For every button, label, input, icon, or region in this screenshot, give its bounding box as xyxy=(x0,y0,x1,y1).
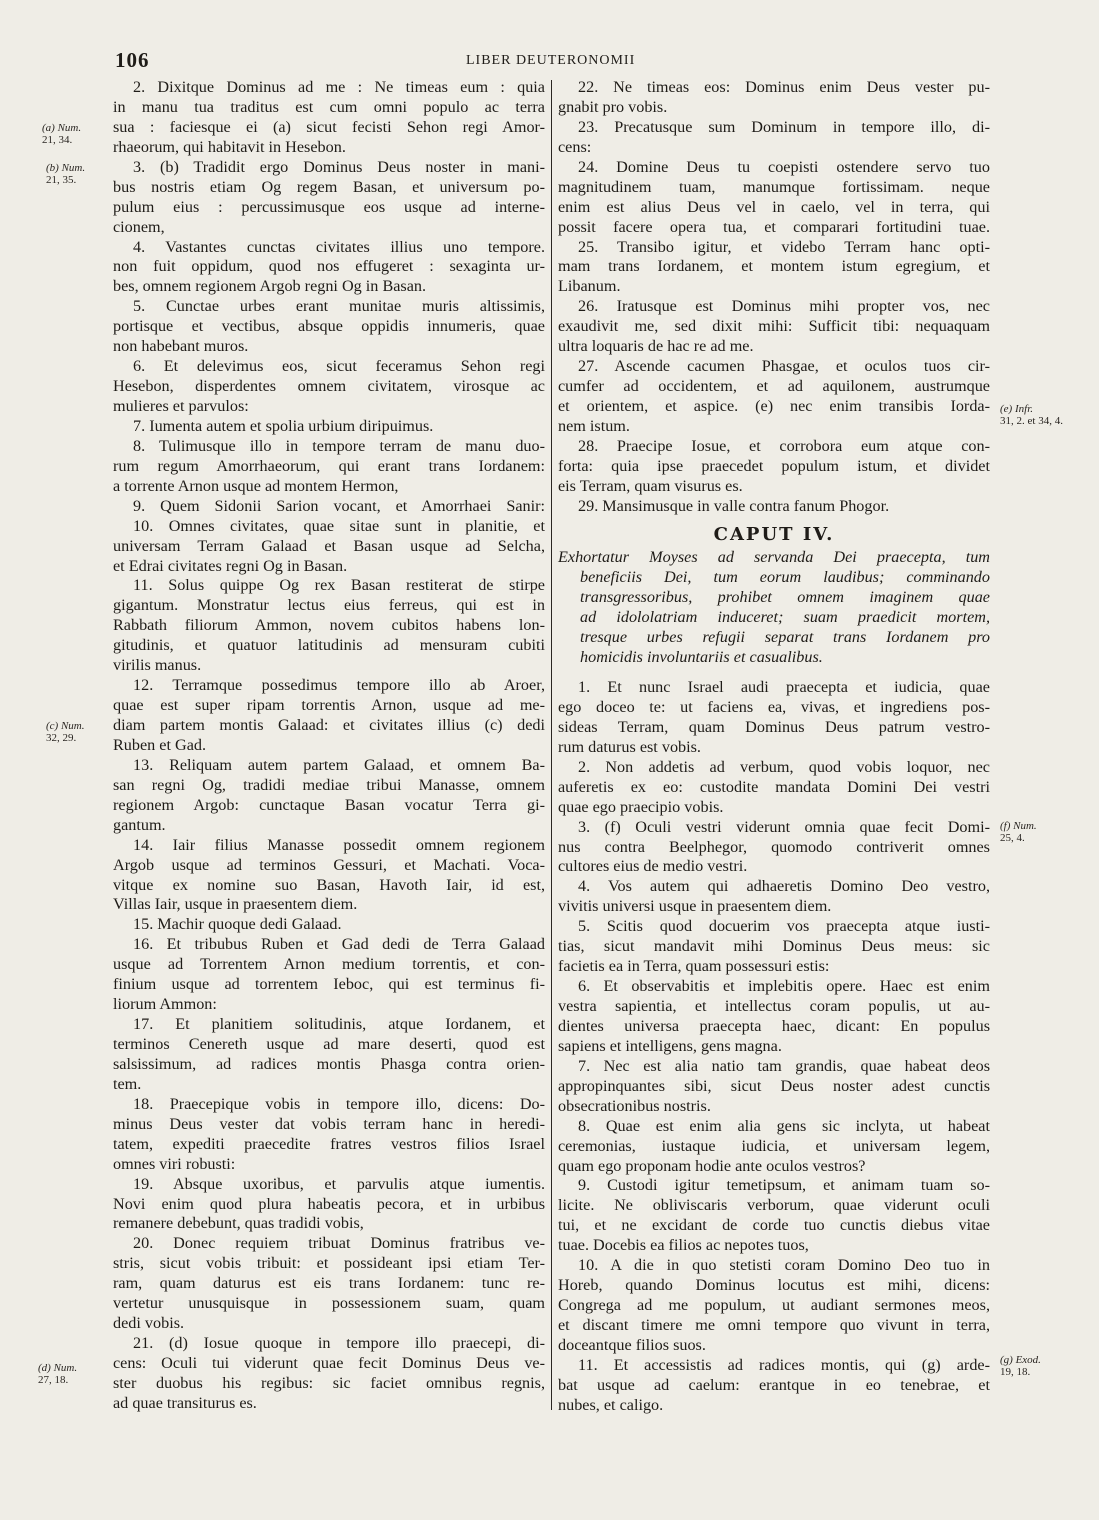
text-line: 3. (b) Tradidit ergo Dominus Deus noster… xyxy=(113,158,545,178)
text-line: 29. Mansimusque in valle contra fanum Ph… xyxy=(558,497,990,517)
text-line: 8. Quae est enim alia gens sic inclyta, … xyxy=(558,1117,990,1137)
text-line: tatem, expediti praecedite fratres vestr… xyxy=(113,1135,545,1155)
margin-note-c: (c) Num.32, 29. xyxy=(46,720,85,744)
text-line: regionem Argob: cunctaque Basan vocatur … xyxy=(113,796,545,816)
text-line: Villas Iair, usque in praesentem diem. xyxy=(113,895,545,915)
text-line: 19. Absque uxoribus, et parvulis atque i… xyxy=(113,1175,545,1195)
text-line: 26. Iratusque est Dominus mihi propter v… xyxy=(558,297,990,317)
text-line: et discant timere me omni tempore quo vi… xyxy=(558,1316,990,1336)
text-line: nem istum. xyxy=(558,417,990,437)
text-line: universam Terram Galaad et Basan usque a… xyxy=(113,537,545,557)
margin-note-e: (e) Infr.31, 2. et 34, 4. xyxy=(1000,403,1063,427)
text-line: sua : faciesque ei (a) sicut fecisti Seh… xyxy=(113,118,545,138)
text-line: ster duobus his regibus: sic faciet omni… xyxy=(113,1374,545,1394)
text-line: sideas Terram, quam Dominus Deus patrum … xyxy=(558,718,990,738)
text-line: nus contra Beelphegor, quomodo contriver… xyxy=(558,838,990,858)
text-line: 16. Et tribubus Ruben et Gad dedi de Ter… xyxy=(113,935,545,955)
text-line: 10. A die in quo stetisti coram Domino D… xyxy=(558,1256,990,1276)
text-line: terminos Cenereth usque ad mare deserti,… xyxy=(113,1035,545,1055)
text-line: non fuit oppidum, quod nos effugeret : s… xyxy=(113,257,545,277)
text-line: cionem, xyxy=(113,218,545,238)
text-line: dientes universa praecepta haec, dicant:… xyxy=(558,1017,990,1037)
text-line: 5. Scitis quod docuerim vos praecepta at… xyxy=(558,917,990,937)
text-line: beneficiis Dei, tum eorum laudibus; comm… xyxy=(558,568,990,588)
text-line: usque ad Torrentem Arnon medium torrenti… xyxy=(113,955,545,975)
text-line: ultra loquaris de hac re ad me. xyxy=(558,337,990,357)
chapter-heading: CAPUT IV. xyxy=(558,524,990,545)
text-line: 4. Vastantes cunctas civitates illius un… xyxy=(113,238,545,258)
text-line: 21. (d) Iosue quoque in tempore illo pra… xyxy=(113,1334,545,1354)
column-divider xyxy=(551,80,552,1410)
text-line: exaudivit me, sed dixit mihi: Sufficit t… xyxy=(558,317,990,337)
text-line: homicidis involuntariis et casualibus. xyxy=(558,648,990,668)
text-line: in manu tua traditus est cum omni populo… xyxy=(113,98,545,118)
text-line: cultores eius de medio vestri. xyxy=(558,857,990,877)
text-line: 7. Iumenta autem et spolia urbium diripu… xyxy=(113,417,545,437)
text-line: gantum. xyxy=(113,816,545,836)
text-line: vestra sapientia, et intellectus coram p… xyxy=(558,997,990,1017)
text-line: 4. Vos autem qui adhaeretis Domino Deo v… xyxy=(558,877,990,897)
text-line: 22. Ne timeas eos: Dominus enim Deus ves… xyxy=(558,78,990,98)
text-line: licite. Ne obliviscaris verborum, quae v… xyxy=(558,1196,990,1216)
text-line: portisque et vectibus, absque oppidis in… xyxy=(113,317,545,337)
right-column-bottom: 1. Et nunc Israel audi praecepta et iudi… xyxy=(558,678,990,1416)
text-line: 11. Et accessistis ad radices montis, qu… xyxy=(558,1356,990,1376)
text-line: quae ego praecipio vobis. xyxy=(558,798,990,818)
text-line: minus Deus vester dat vobis terram hanc … xyxy=(113,1115,545,1135)
text-line: remanere debebunt, quas tradidi vobis, xyxy=(113,1214,545,1234)
text-line: 28. Praecipe Iosue, et corrobora eum atq… xyxy=(558,437,990,457)
text-line: pulum eius : percussimusque eos usque ad… xyxy=(113,198,545,218)
text-line: 9. Custodi igitur temetipsum, et animam … xyxy=(558,1176,990,1196)
margin-note-f: (f) Num.25, 4. xyxy=(1000,820,1037,844)
right-column-top: 22. Ne timeas eos: Dominus enim Deus ves… xyxy=(558,78,990,517)
text-line: Hesebon, disperdentes omnem civitatem, v… xyxy=(113,377,545,397)
text-line: transgressoribus, prohibet omnem imagine… xyxy=(558,588,990,608)
text-line: san regni Og, tradidi mediae tribui Mana… xyxy=(113,776,545,796)
text-line: sapiens et intelligens, gens magna. xyxy=(558,1037,990,1057)
text-line: 1. Et nunc Israel audi praecepta et iudi… xyxy=(558,678,990,698)
text-line: enim est alius Deus vel in caelo, vel in… xyxy=(558,198,990,218)
text-line: ego doceo te: ut faciens ea, vivas, et i… xyxy=(558,698,990,718)
text-line: bus nostris etiam Og regem Basan, et uni… xyxy=(113,178,545,198)
text-line: dedi vobis. xyxy=(113,1314,545,1334)
text-line: Congrega ad me populum, ut audiant sermo… xyxy=(558,1296,990,1316)
text-line: a torrente Arnon usque ad montem Hermon, xyxy=(113,477,545,497)
text-line: 25. Transibo igitur, et videbo Terram ha… xyxy=(558,238,990,258)
text-line: ram, quam daturus est eis trans Iordanem… xyxy=(113,1274,545,1294)
margin-note-d: (d) Num.27, 18. xyxy=(38,1362,77,1386)
text-line: 6. Et observabitis et implebitis opere. … xyxy=(558,977,990,997)
text-line: 13. Reliquam autem partem Galaad, et omn… xyxy=(113,756,545,776)
text-line: Horeb, quando Dominus locutus est mihi, … xyxy=(558,1276,990,1296)
text-line: 24. Domine Deus tu coepisti ostendere se… xyxy=(558,158,990,178)
text-line: cumfer ad occidentem, et ad aquilonem, a… xyxy=(558,377,990,397)
text-line: cens: xyxy=(558,138,990,158)
text-line: Exhortatur Moyses ad servanda Dei praece… xyxy=(558,548,990,568)
text-line: 8. Tulimusque illo in tempore terram de … xyxy=(113,437,545,457)
text-line: gnabit pro vobis. xyxy=(558,98,990,118)
page-number: 106 xyxy=(115,48,150,73)
text-line: Argob usque ad terminos Gessuri, et Mach… xyxy=(113,856,545,876)
text-line: 2. Dixitque Dominus ad me : Ne timeas eu… xyxy=(113,78,545,98)
margin-note-g: (g) Exod.19, 18. xyxy=(1000,1354,1041,1378)
text-line: quam ego proponam hodie ante oculos vest… xyxy=(558,1157,990,1177)
text-line: omnes viri robusti: xyxy=(113,1155,545,1175)
text-line: et orientem, et aspice. (e) nec enim tra… xyxy=(558,397,990,417)
text-line: liorum Ammon: xyxy=(113,995,545,1015)
text-line: rum regum Amorrhaeorum, qui erant trans … xyxy=(113,457,545,477)
text-line: 10. Omnes civitates, quae sitae sunt in … xyxy=(113,517,545,537)
text-line: 7. Nec est alia natio tam grandis, quae … xyxy=(558,1057,990,1077)
text-line: 23. Precatusque sum Dominum in tempore i… xyxy=(558,118,990,138)
text-line: gitudinis, et quatuor latitudinis ad men… xyxy=(113,636,545,656)
text-line: 3. (f) Oculi vestri viderunt omnia quae … xyxy=(558,818,990,838)
text-line: salsissimum, ad radices montis Phasga co… xyxy=(113,1055,545,1075)
text-line: 9. Quem Sidonii Sarion vocant, et Amorrh… xyxy=(113,497,545,517)
text-line: gigantum. Monstratur lectus eius ferreus… xyxy=(113,596,545,616)
text-line: auferetis ex eo: custodite mandata Domin… xyxy=(558,778,990,798)
text-line: 14. Iair filius Manasse possedit omnem r… xyxy=(113,836,545,856)
text-line: 20. Donec requiem tribuat Dominus fratri… xyxy=(113,1234,545,1254)
text-line: Novi enim quod plura habeatis pecora, et… xyxy=(113,1195,545,1215)
text-line: doceantque filios suos. xyxy=(558,1336,990,1356)
text-line: tias, sicut mandavit mihi Dominus Deus m… xyxy=(558,937,990,957)
text-line: 2. Non addetis ad verbum, quod vobis loq… xyxy=(558,758,990,778)
text-line: obsecrationibus nostris. xyxy=(558,1097,990,1117)
text-line: facietis ea in Terra, quam possessuri es… xyxy=(558,957,990,977)
text-line: non habebant muros. xyxy=(113,337,545,357)
text-line: 27. Ascende cacumen Phasgae, et oculos t… xyxy=(558,357,990,377)
text-line: appropinquantes sibi, sicut Deus noster … xyxy=(558,1077,990,1097)
margin-note-b: (b) Num.21, 35. xyxy=(46,162,85,186)
left-column: 2. Dixitque Dominus ad me : Ne timeas eu… xyxy=(113,78,545,1414)
text-line: bes, omnem regionem Argob regni Og in Ba… xyxy=(113,277,545,297)
text-line: 15. Machir quoque dedi Galaad. xyxy=(113,915,545,935)
text-line: tuae. Docebis ea filios ac nepotes tuos, xyxy=(558,1236,990,1256)
text-line: magnitudinem tuam, manumque fortissimam.… xyxy=(558,178,990,198)
text-line: stris, sicut vobis tribuit: et possidean… xyxy=(113,1254,545,1274)
text-line: ad idololatriam induceret; suam praedici… xyxy=(558,608,990,628)
text-line: nubes, et caligo. xyxy=(558,1396,990,1416)
text-line: forta: quia ipse praecedet populum istum… xyxy=(558,457,990,477)
text-line: rum daturus est vobis. xyxy=(558,738,990,758)
chapter-summary: Exhortatur Moyses ad servanda Dei praece… xyxy=(558,548,990,668)
text-line: mulieres et parvulos: xyxy=(113,397,545,417)
text-line: possit facere opera tua, et comparari fo… xyxy=(558,218,990,238)
text-line: tui, et ne excidant de corde tuo cunctis… xyxy=(558,1216,990,1236)
text-line: et Edrai civitates regni Og in Basan. xyxy=(113,557,545,577)
text-line: bat usque ad caelum: erantque in eo tene… xyxy=(558,1376,990,1396)
text-line: Libanum. xyxy=(558,277,990,297)
text-line: finium usque ad torrentem Ieboc, qui est… xyxy=(113,975,545,995)
text-line: 5. Cunctae urbes erant munitae muris alt… xyxy=(113,297,545,317)
running-head: LIBER DEUTERONOMII xyxy=(466,53,635,69)
text-line: ad quae transiturus es. xyxy=(113,1394,545,1414)
text-line: diam partem montis Galaad: et civitates … xyxy=(113,716,545,736)
text-line: vitque ex nomine suo Basan, Havoth Iair,… xyxy=(113,876,545,896)
text-line: 18. Praecepique vobis in tempore illo, d… xyxy=(113,1095,545,1115)
text-line: 11. Solus quippe Og rex Basan restiterat… xyxy=(113,576,545,596)
text-line: cens: Oculi tui viderunt quae fecit Domi… xyxy=(113,1354,545,1374)
text-line: quae est super ripam torrentis Arnon, us… xyxy=(113,696,545,716)
text-line: virilis manus. xyxy=(113,656,545,676)
text-line: ceremonias, iustaque iudicia, et univers… xyxy=(558,1137,990,1157)
text-line: rhaeorum, qui habitavit in Hesebon. xyxy=(113,138,545,158)
text-line: Ruben et Gad. xyxy=(113,736,545,756)
text-line: 6. Et delevimus eos, sicut feceramus Seh… xyxy=(113,357,545,377)
text-line: tresque urbes refugii separat trans Iord… xyxy=(558,628,990,648)
text-line: Rabbath filiorum Ammon, novem cubitos ha… xyxy=(113,616,545,636)
text-line: vivitis universi usque in praesentem die… xyxy=(558,897,990,917)
text-line: 12. Terramque possedimus tempore illo ab… xyxy=(113,676,545,696)
text-line: eis Terram, quam visurus es. xyxy=(558,477,990,497)
text-line: vertetur unusquisque in possessionem sua… xyxy=(113,1294,545,1314)
margin-note-a: (a) Num.21, 34. xyxy=(42,122,81,146)
text-line: tem. xyxy=(113,1075,545,1095)
text-line: mam trans Iordanem, et montem istum egre… xyxy=(558,257,990,277)
text-line: 17. Et planitiem solitudinis, atque Iord… xyxy=(113,1015,545,1035)
